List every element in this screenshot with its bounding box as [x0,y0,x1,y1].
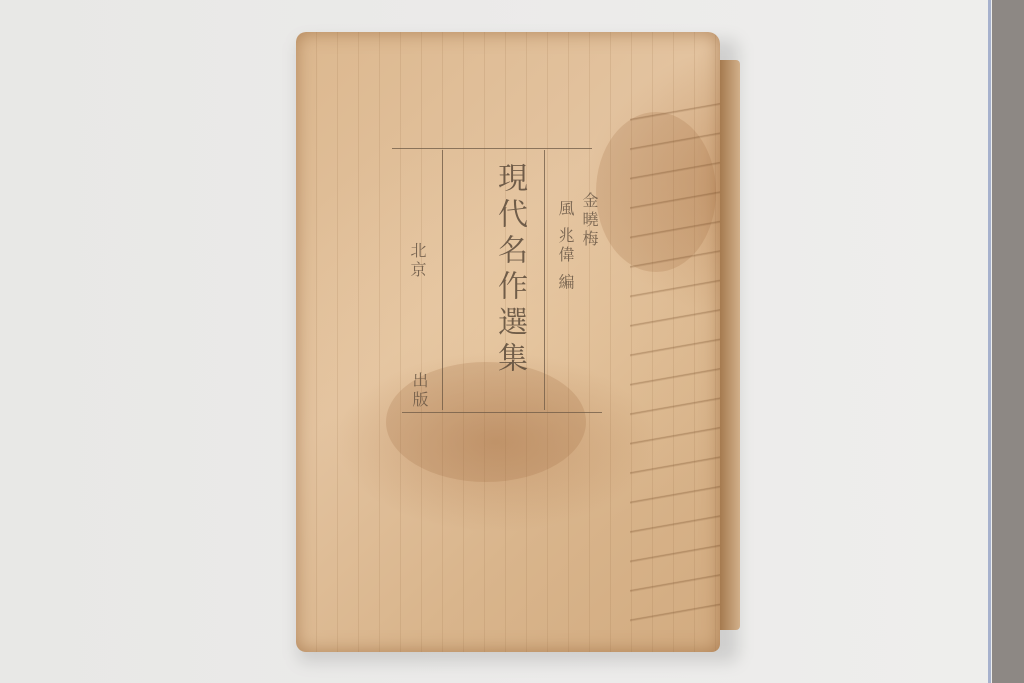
torn-edge [630,92,720,632]
publisher-label: 出版 [408,372,431,410]
frame-left-line [442,150,443,410]
frame-right-line [544,150,545,410]
background-strip [992,0,1024,683]
book-title: 現代名作選集 [471,162,531,378]
editors-line-2: 風 兆偉 編 [554,200,577,292]
book-cover: 現代名作選集 北京 出版 金曉梅 風 兆偉 編 [296,32,720,652]
frame-top-line [392,148,592,149]
publisher-city: 北京 [406,242,429,280]
board-edge [988,0,991,683]
editors-line-1: 金曉梅 [578,192,601,249]
frame-bottom-line [402,412,602,413]
